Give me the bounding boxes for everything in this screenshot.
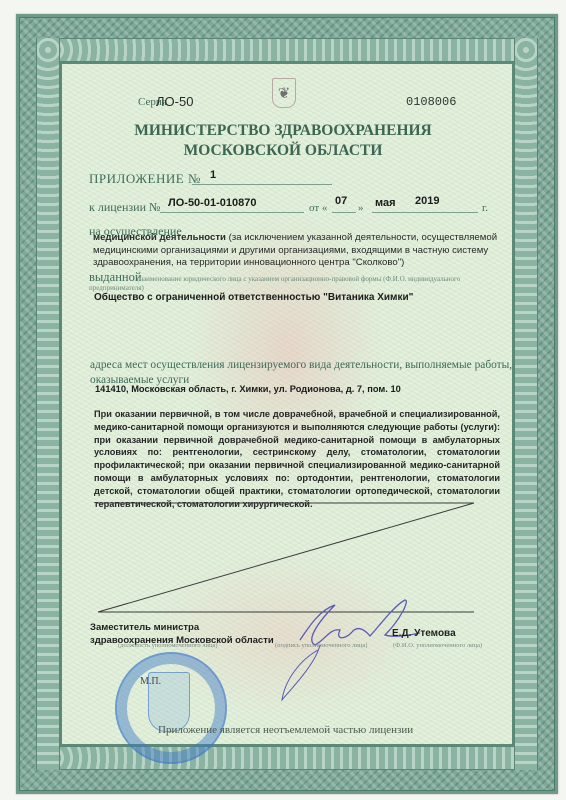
signature-icon xyxy=(0,0,566,800)
signer-name: Е.Д. Утемова xyxy=(392,628,456,639)
signature-hint: (подпись уполномоченного лица) xyxy=(275,642,367,649)
footer-note: Приложение является неотъемлемой частью … xyxy=(158,724,413,736)
signer-hint: (Ф.И.О. уполномоченного лица) xyxy=(393,642,482,649)
stamp-place-label: М.П. xyxy=(140,676,161,687)
